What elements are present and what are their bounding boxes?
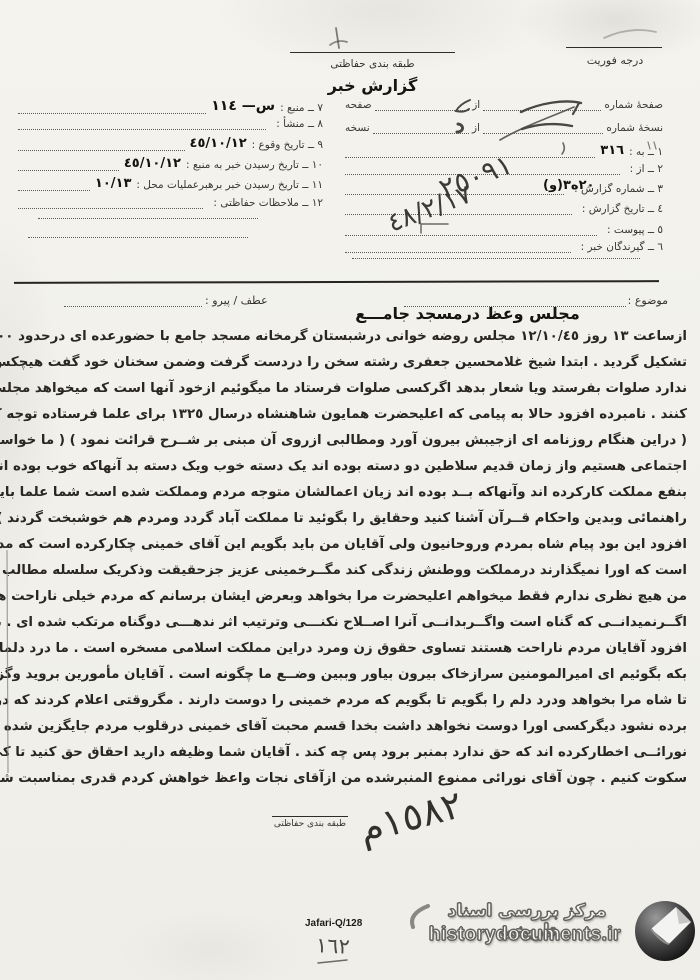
report-title: گزارش خبر: [310, 76, 435, 95]
page-number-left-label: صفحه: [345, 99, 372, 111]
field-label: ٧ ــ منبع :: [280, 102, 323, 114]
blank-dotted-line: [352, 258, 640, 259]
scanned-report-page: درجه فوریت طبقه بندی حفاظتی گزارش خبر صف…: [0, 0, 700, 980]
classification-top-label: طبقه بندی حفاظتی: [300, 58, 445, 70]
classification-overline: [290, 52, 455, 53]
urgency-label: درجه فوریت: [572, 54, 658, 67]
reference-leader-dots: [64, 306, 202, 307]
leader-dots: [18, 178, 90, 191]
page-number-right-label: صفحهٔ شماره: [604, 99, 663, 111]
body-line: کنند . نامبرده افزود حالا به پیامی که اع…: [13, 407, 687, 422]
blank-dotted-line: [28, 237, 248, 238]
field-label: ١٢ ــ ملاحظات حفاظتی :: [213, 197, 323, 209]
body-line: اگــرنمیدانــی که گناه است واگــربدانــی…: [13, 615, 687, 630]
field-row-occurrence-date: ٩ ــ تاریخ وقوع : ٤٥/١٠/١٢: [18, 136, 323, 151]
body-line: ( دراین هنگام روزنامه ای ازجیبش بیرون آو…: [13, 433, 687, 448]
body-line: است که اورا نمیگذارند درمملکت ووطنش زندگ…: [13, 563, 687, 578]
field-value: ٤٥/١٠/١٢: [122, 156, 183, 171]
field-row-report-number: ٣ ــ شماره گزارش :: [345, 182, 663, 195]
field-value: ٣١٦: [598, 143, 626, 158]
subject-label: موضوع :: [628, 294, 668, 307]
leader-dots: [345, 223, 597, 236]
field-row-date-to-source: ١٠ ــ تاریخ رسیدن خبر به منبع : ٤٥/١٠/١٢: [18, 156, 323, 171]
leader-dots: [18, 158, 119, 171]
body-line: اجتماعی هستیم واز زمان قدیم سلاطین دو دس…: [13, 459, 687, 474]
body-line: ندارد صلوات بفرستد ویا شعار بدهد اگرکسی …: [13, 381, 687, 396]
body-line: راهنمائی وبدین واحکام قــرآن آشنا کنید و…: [13, 511, 687, 526]
classification-bottom-overline: [272, 816, 348, 817]
field-value: ٤٥/١٠/١٢: [188, 136, 249, 151]
field-label: ٥ ــ پیوست :: [607, 224, 663, 236]
subject-value: مجلس وعظ درمسجد جامـــع: [350, 304, 585, 323]
from-code-value: ٢٠ه٣(و): [543, 178, 594, 193]
urgency-overline: [566, 47, 662, 48]
field-row-recipients: ٦ ــ گیرندگان خبر :: [345, 240, 663, 253]
copy-number-of-label: از: [472, 122, 480, 134]
field-label: ٦ ــ گیرندگان خبر :: [581, 241, 663, 253]
field-label: ٢ ــ از :: [630, 163, 663, 175]
leader-dots: [18, 196, 203, 209]
body-line: من هیچ نظری ندارم فقط میخواهم اعلیحضرت م…: [13, 589, 687, 604]
body-line: تشکیل گردید . ابتدا شیخ غلامحسین جعفری ر…: [13, 355, 687, 370]
leader-dots: [18, 138, 185, 151]
leader-dots: [345, 145, 595, 158]
field-label: ٤ ــ تاریخ گزارش :: [582, 203, 663, 215]
body-line: نورائــی اخطارکرده اند که حق ندارد بمنبر…: [13, 745, 687, 760]
page-number-of-label: از: [472, 99, 480, 111]
leader-dots: [18, 117, 266, 130]
leader-dots: [18, 101, 206, 114]
body-line: سکوت کنیم . چون آقای نورائی ممنوع المنبر…: [13, 771, 687, 786]
field-label: ١ ــ به :: [629, 146, 663, 158]
section-divider-rule: [14, 280, 659, 284]
page-number-row: صفحهٔ شماره از صفحه: [345, 98, 663, 111]
leader-dots: [373, 121, 469, 134]
field-label: ٩ ــ تاریخ وقوع :: [252, 139, 323, 151]
body-line: افزود این بود پیام شاه بمردم وروحانیون و…: [13, 537, 687, 552]
body-line: تا شاه مرا بخواهد ودرد دلم را بگویم تا ب…: [13, 693, 687, 708]
body-line: بکه بگوئیم ای امیرالمومنین سرازخاک بیرون…: [13, 667, 687, 682]
archive-code: Jafari-Q/128: [305, 918, 362, 929]
field-row-security-notes: ١٢ ــ ملاحظات حفاظتی :: [18, 196, 323, 209]
body-line: بنفع مملکت کارکرده اند وآنهاکه بــد بوده…: [13, 485, 687, 500]
watermark-logo-icon: [632, 897, 698, 963]
leader-dots: [483, 121, 603, 134]
leader-dots: [375, 98, 470, 111]
field-row-date-to-ops: ١١ ــ تاریخ رسیدن خبر برهبرعملیات محل : …: [18, 176, 323, 191]
field-row-origin: ٨ ــ منشأ :: [18, 117, 323, 130]
field-row-source: ٧ ــ منبع : س— ١١٤: [18, 98, 323, 114]
handwritten-registry-number: ١٥٨٢م: [354, 782, 467, 852]
reference-label: عطف / پیرو :: [205, 294, 268, 307]
body-line: ازساعت ١٣ روز ١٢/١٠/٤٥ مجلس روضه خوانی د…: [13, 329, 687, 344]
leader-dots: [345, 240, 571, 253]
copy-number-left-label: نسخه: [345, 122, 370, 134]
classification-bottom-label: طبقه بندی حفاظتی: [266, 819, 354, 829]
field-label: ١١ ــ تاریخ رسیدن خبر برهبرعملیات محل :: [136, 179, 323, 191]
field-label: ١٠ ــ تاریخ رسیدن خبر به منبع :: [186, 159, 323, 171]
field-label: ٨ ــ منشأ :: [276, 118, 323, 130]
copy-number-row: نسخهٔ شماره از نسخه: [345, 121, 663, 134]
field-value: س— ١١٤: [209, 98, 277, 114]
watermark-url: historydocuments.ir: [412, 924, 638, 946]
body-line: برده نشود دیگرکسی اورا دوست نخواهد داشت …: [13, 719, 687, 734]
handwritten-page-number: ١٦٢: [315, 933, 350, 959]
copy-number-right-label: نسخهٔ شماره: [606, 122, 663, 134]
body-line: افزود آقایان مردم ناراحت هستند تساوی حقو…: [13, 641, 687, 656]
field-value: ١٠/١٣: [93, 176, 134, 191]
blank-dotted-line: [38, 218, 258, 219]
leader-dots: [483, 98, 601, 111]
